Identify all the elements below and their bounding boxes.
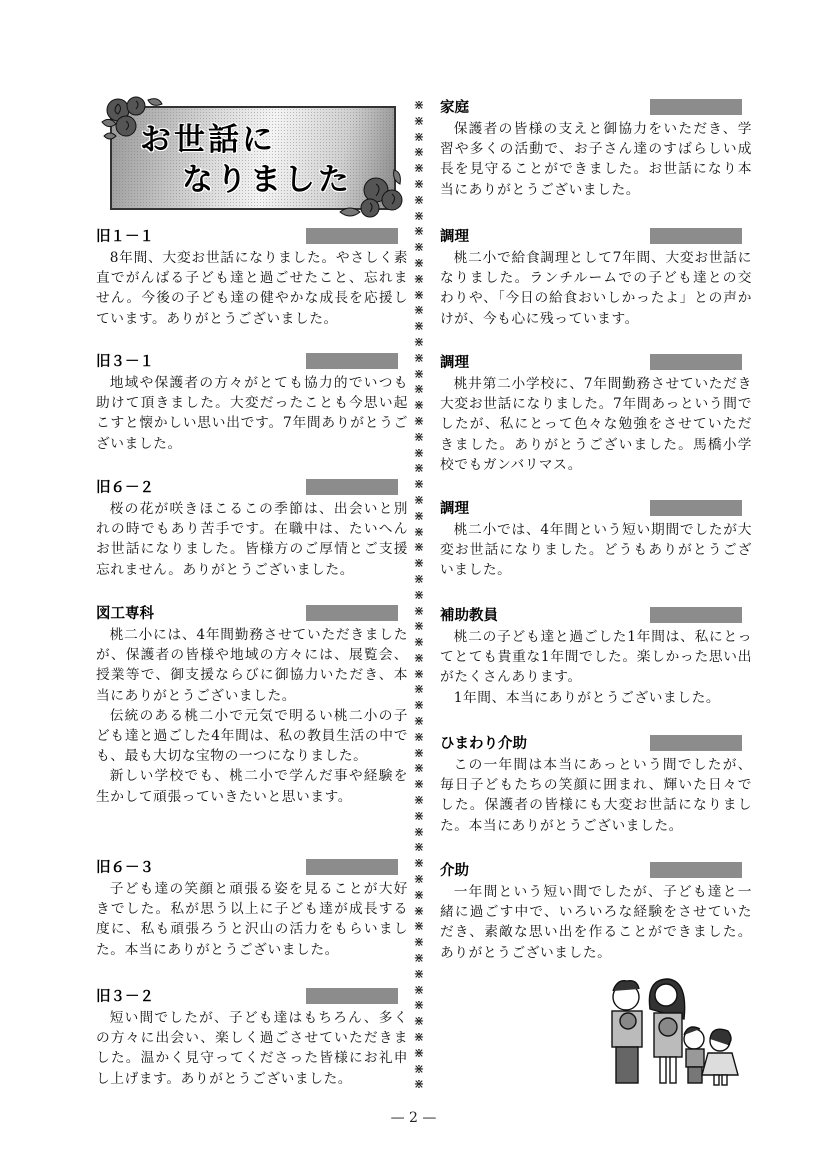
asterisk-ornament-icon: ⋇	[414, 414, 425, 430]
redacted-name	[650, 862, 742, 878]
asterisk-ornament-icon: ⋇	[414, 193, 425, 209]
article-paragraph: 桃二小では、4年間という短い期間でしたが大変お世話になりました。どうもありがとう…	[440, 520, 752, 581]
newsletter-page: お世話に なりました ⋇⋇⋇⋇⋇⋇⋇⋇⋇⋇⋇⋇⋇⋇⋇⋇⋇⋇⋇⋇⋇⋇⋇⋇⋇⋇⋇⋇⋇…	[0, 0, 827, 1170]
asterisk-ornament-icon: ⋇	[414, 256, 425, 272]
redacted-name	[306, 479, 398, 495]
rose-decoration-icon	[96, 92, 166, 148]
asterisk-ornament-icon: ⋇	[414, 682, 425, 698]
article-paragraph: 8年間、大変お世話になりました。やさしく素直でがんばる子ども達と過ごせたこと、忘…	[96, 248, 408, 329]
article-paragraph: 一年間という短い間でしたが、子ども達と一緒に過ごす中で、いろいろな経験をさせてい…	[440, 882, 752, 963]
asterisk-ornament-icon: ⋇	[414, 446, 425, 462]
article-paragraph: 子ども達の笑顔と頑張る姿を見ることが大好きでした。私が思う以上に子ども達が成長す…	[96, 879, 408, 960]
article-title: 旧６－２	[96, 480, 154, 496]
article-title: 図工専科	[96, 606, 154, 622]
asterisk-ornament-icon: ⋇	[414, 809, 425, 825]
asterisk-ornament-icon: ⋇	[414, 1030, 425, 1046]
asterisk-ornament-icon: ⋇	[414, 335, 425, 351]
redacted-name	[306, 859, 398, 875]
asterisk-ornament-icon: ⋇	[414, 288, 425, 304]
redacted-name	[306, 605, 398, 621]
asterisk-ornament-icon: ⋇	[414, 651, 425, 667]
article-paragraph: 1年間、本当にありがとうございました。	[440, 688, 752, 708]
article-kyu-3-1: 旧３－１ 地域や保護者の方々がとても協力的でいつも助けて頂きました。大変だったこ…	[96, 351, 408, 454]
article-paragraph: 短い間でしたが、子ども達はもちろん、多くの方々に出会い、楽しく過ごさせていただき…	[96, 1008, 408, 1089]
asterisk-ornament-icon: ⋇	[414, 477, 425, 493]
asterisk-ornament-icon: ⋇	[414, 619, 425, 635]
asterisk-ornament-icon: ⋇	[414, 556, 425, 572]
asterisk-ornament-icon: ⋇	[414, 872, 425, 888]
article-paragraph: 桃二小で給食調理として7年間、大変お世話になりました。ランチルームでの子ども達と…	[440, 248, 752, 329]
asterisk-ornament-icon: ⋇	[414, 540, 425, 556]
asterisk-ornament-icon: ⋇	[414, 730, 425, 746]
article-title: 調理	[440, 501, 469, 517]
article-title: 介助	[440, 863, 469, 879]
banner-title: お世話に なりました	[140, 120, 352, 200]
asterisk-ornament-icon: ⋇	[414, 1062, 425, 1078]
asterisk-ornament-icon: ⋇	[414, 998, 425, 1014]
asterisk-ornament-icon: ⋇	[414, 825, 425, 841]
asterisk-ornament-icon: ⋇	[414, 904, 425, 920]
page-number: — 2 —	[0, 1110, 827, 1126]
asterisk-ornament-icon: ⋇	[414, 951, 425, 967]
article-hojo-kyoin: 補助教員 桃二の子ども達と過ごした1年間は、私にとってとても貴重な1年間でした。…	[440, 605, 752, 708]
asterisk-ornament-icon: ⋇	[414, 919, 425, 935]
asterisk-ornament-icon: ⋇	[414, 98, 425, 114]
article-paragraph: 桃井第二小学校に、7年間勤務させていただき大変お世話になりました。7年間あっとい…	[440, 374, 752, 475]
family-illustration-icon	[600, 975, 740, 1093]
asterisk-ornament-icon: ⋇	[414, 746, 425, 762]
asterisk-ornament-icon: ⋇	[414, 382, 425, 398]
redacted-name	[650, 607, 742, 623]
asterisk-ornament-icon: ⋇	[414, 588, 425, 604]
article-paragraph: この一年間は本当にあっという間でしたが、毎日子どもたちの笑顔に囲まれ、輝いた日々…	[440, 755, 752, 836]
asterisk-ornament-icon: ⋇	[414, 430, 425, 446]
asterisk-ornament-icon: ⋇	[414, 145, 425, 161]
article-title: 旧６－３	[96, 860, 154, 876]
asterisk-ornament-icon: ⋇	[414, 398, 425, 414]
article-paragraph: 新しい学校でも、桃二小で学んだ事や経験を生かして頑張っていきたいと思います。	[96, 766, 408, 806]
article-title: 補助教員	[440, 608, 498, 624]
article-title: ひまわり介助	[440, 736, 527, 752]
article-himawari-kaijo: ひまわり介助 この一年間は本当にあっという間でしたが、毎日子どもたちの笑顔に囲ま…	[440, 733, 752, 836]
article-kyu-6-2: 旧６－２ 桜の花が咲きほこるこの季節は、出会いと別れの時でもあり苦手です。在職中…	[96, 477, 408, 580]
asterisk-ornament-icon: ⋇	[414, 698, 425, 714]
asterisk-ornament-icon: ⋇	[414, 840, 425, 856]
article-title: 旧３－１	[96, 354, 154, 370]
article-title: 家庭	[440, 100, 469, 116]
asterisk-ornament-icon: ⋇	[414, 777, 425, 793]
asterisk-ornament-icon: ⋇	[414, 130, 425, 146]
asterisk-ornament-icon: ⋇	[414, 1077, 425, 1093]
article-chori-1: 調理 桃二小で給食調理として7年間、大変お世話になりました。ランチルームでの子ど…	[440, 226, 752, 329]
rose-decoration-icon	[330, 160, 408, 220]
article-paragraph: 桃二の子ども達と過ごした1年間は、私にとってとても貴重な1年間でした。楽しかった…	[440, 627, 752, 688]
article-chori-3: 調理 桃二小では、4年間という短い期間でしたが大変お世話になりました。どうもあり…	[440, 498, 752, 581]
asterisk-ornament-icon: ⋇	[414, 351, 425, 367]
article-title: 旧３－２	[96, 989, 154, 1005]
title-banner: お世話に なりました	[96, 92, 408, 220]
asterisk-ornament-icon: ⋇	[414, 461, 425, 477]
article-paragraph: 桜の花が咲きほこるこの季節は、出会いと別れの時でもあり苦手です。在職中は、たいへ…	[96, 499, 408, 580]
asterisk-ornament-icon: ⋇	[414, 319, 425, 335]
article-paragraph: 保護者の皆様の支えと御協力をいただき、学習や多くの活動で、お子さん達のすばらしい…	[440, 119, 752, 200]
redacted-name	[306, 228, 398, 244]
asterisk-ornament-icon: ⋇	[414, 224, 425, 240]
redacted-name	[650, 735, 742, 751]
article-kyu-6-3: 旧６－３ 子ども達の笑顔と頑張る姿を見ることが大好きでした。私が思う以上に子ども…	[96, 857, 408, 960]
asterisk-ornament-icon: ⋇	[414, 272, 425, 288]
asterisk-ornament-icon: ⋇	[414, 967, 425, 983]
asterisk-ornament-icon: ⋇	[414, 714, 425, 730]
asterisk-ornament-icon: ⋇	[414, 240, 425, 256]
asterisk-ornament-icon: ⋇	[414, 209, 425, 225]
redacted-name	[306, 353, 398, 369]
article-zuko-senka: 図工専科 桃二小には、4年間勤務させていただきましたが、保護者の皆様や地域の方々…	[96, 603, 408, 807]
asterisk-ornament-icon: ⋇	[414, 367, 425, 383]
article-paragraph: 伝統のある桃二小で元気で明るい桃二小の子ども達と過ごした4年間は、私の教員生活の…	[96, 706, 408, 767]
article-chori-2: 調理 桃井第二小学校に、7年間勤務させていただき大変お世話になりました。7年間あ…	[440, 352, 752, 475]
asterisk-ornament-icon: ⋇	[414, 888, 425, 904]
redacted-name	[650, 500, 742, 516]
article-katei: 家庭 保護者の皆様の支えと御協力をいただき、学習や多くの活動で、お子さん達のすば…	[440, 97, 752, 200]
redacted-name	[306, 988, 398, 1004]
article-title: 旧１－１	[96, 229, 154, 245]
article-paragraph: 地域や保護者の方々がとても協力的でいつも助けて頂きました。大変だったことも今思い…	[96, 373, 408, 454]
asterisk-ornament-icon: ⋇	[414, 509, 425, 525]
asterisk-ornament-icon: ⋇	[414, 572, 425, 588]
article-kyu-1-1: 旧１－１ 8年間、大変お世話になりました。やさしく素直でがんばる子ども達と過ごせ…	[96, 226, 408, 329]
asterisk-ornament-icon: ⋇	[414, 856, 425, 872]
asterisk-ornament-icon: ⋇	[414, 983, 425, 999]
redacted-name	[650, 99, 742, 115]
asterisk-ornament-icon: ⋇	[414, 1014, 425, 1030]
article-kaijo: 介助 一年間という短い間でしたが、子ども達と一緒に過ごす中で、いろいろな経験をさ…	[440, 860, 752, 963]
article-title: 調理	[440, 229, 469, 245]
asterisk-ornament-icon: ⋇	[414, 635, 425, 651]
asterisk-ornament-icon: ⋇	[414, 761, 425, 777]
asterisk-ornament-icon: ⋇	[414, 177, 425, 193]
asterisk-ornament-icon: ⋇	[414, 114, 425, 130]
article-title: 調理	[440, 355, 469, 371]
article-kyu-3-2: 旧３－２ 短い間でしたが、子ども達はもちろん、多くの方々に出会い、楽しく過ごさせ…	[96, 986, 408, 1089]
asterisk-ornament-icon: ⋇	[414, 604, 425, 620]
asterisk-ornament-icon: ⋇	[414, 667, 425, 683]
asterisk-ornament-icon: ⋇	[414, 493, 425, 509]
banner-title-line2: なりました	[140, 160, 352, 200]
asterisk-ornament-icon: ⋇	[414, 303, 425, 319]
redacted-name	[650, 354, 742, 370]
asterisk-ornament-icon: ⋇	[414, 935, 425, 951]
asterisk-ornament-icon: ⋇	[414, 525, 425, 541]
asterisk-ornament-icon: ⋇	[414, 793, 425, 809]
redacted-name	[650, 228, 742, 244]
column-divider: ⋇⋇⋇⋇⋇⋇⋇⋇⋇⋇⋇⋇⋇⋇⋇⋇⋇⋇⋇⋇⋇⋇⋇⋇⋇⋇⋇⋇⋇⋇⋇⋇⋇⋇⋇⋇⋇⋇⋇⋇…	[410, 98, 428, 1098]
article-paragraph: 桃二小には、4年間勤務させていただきましたが、保護者の皆様や地域の方々には、展覧…	[96, 625, 408, 706]
asterisk-ornament-icon: ⋇	[414, 161, 425, 177]
asterisk-ornament-icon: ⋇	[414, 1046, 425, 1062]
